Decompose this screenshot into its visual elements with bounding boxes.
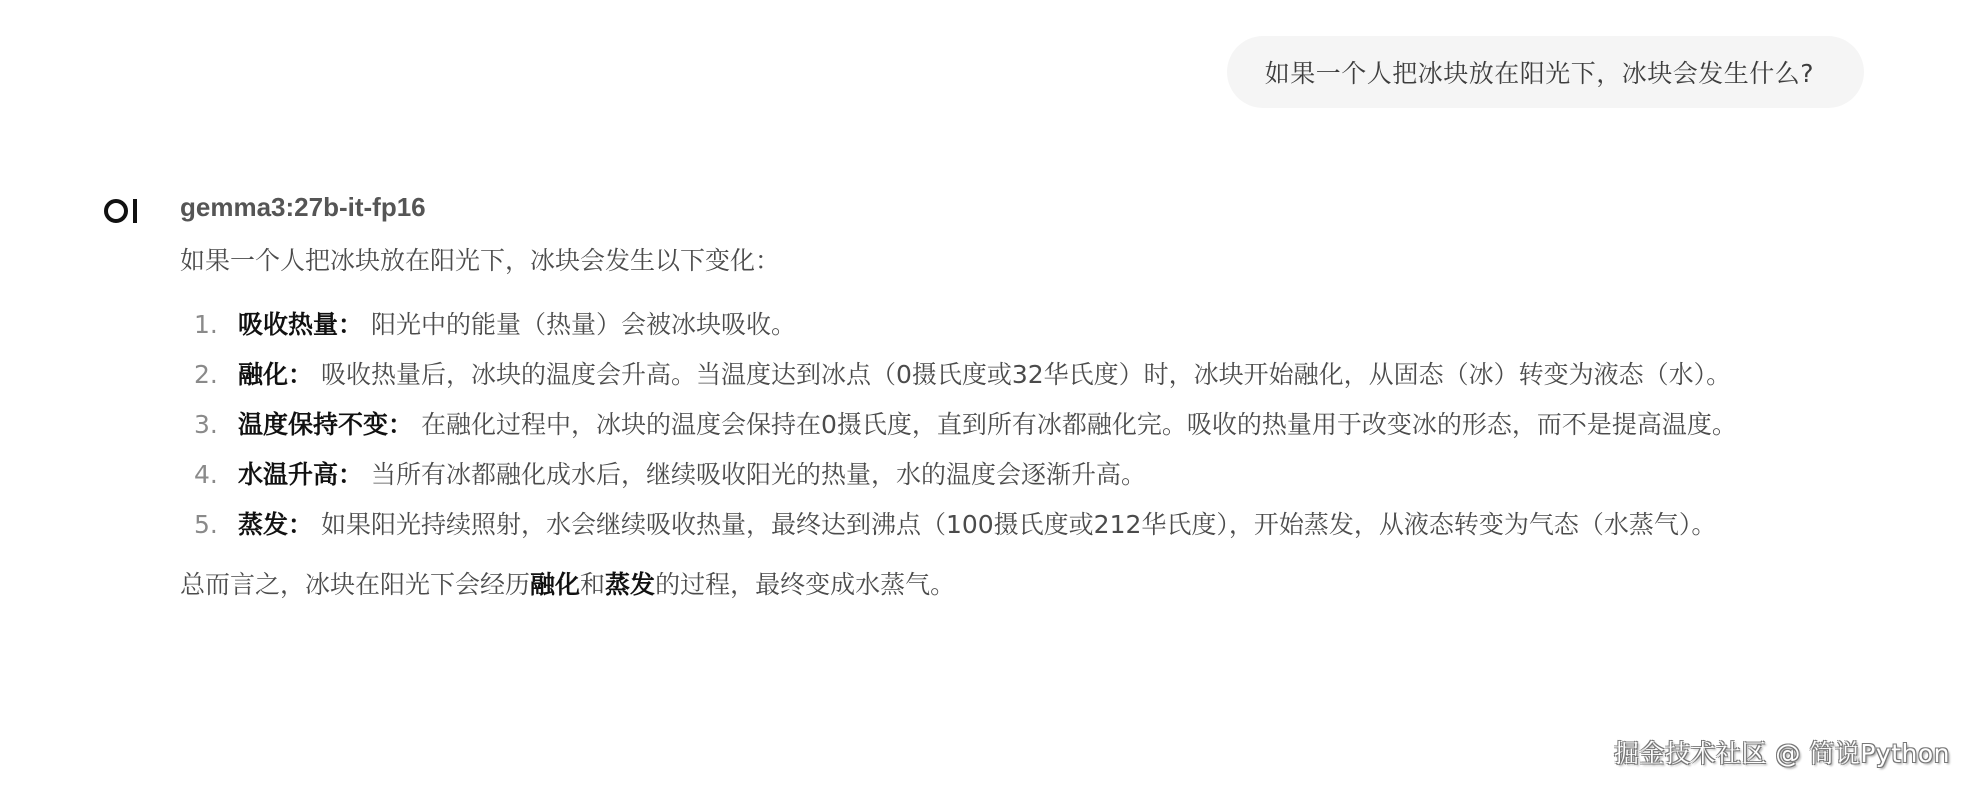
user-message-bubble: 如果一个人把冰块放在阳光下，冰块会发生什么? — [1227, 36, 1864, 108]
summary-text: 总而言之，冰块在阳光下会经历融化和蒸发的过程，最终变成水蒸气。 — [180, 560, 1860, 610]
list-number: 1. — [194, 300, 218, 350]
model-name: gemma3:27b-it-fp16 — [180, 192, 426, 223]
summary-bold-melting: 融化 — [530, 570, 580, 599]
summary-part: 和 — [580, 570, 605, 599]
list-item: 2.融化： 吸收热量后，冰块的温度会升高。当温度达到冰点（0摄氏度或32华氏度）… — [180, 350, 1860, 400]
list-text: 阳光中的能量（热量）会被冰块吸收。 — [363, 310, 796, 339]
list-number: 4. — [194, 450, 218, 500]
summary-part: 总而言之，冰块在阳光下会经历 — [180, 570, 530, 599]
message-content: 如果一个人把冰块放在阳光下，冰块会发生以下变化： 1.吸收热量： 阳光中的能量（… — [180, 236, 1860, 610]
list-text: 在融化过程中，冰块的温度会保持在0摄氏度，直到所有冰都融化完。吸收的热量用于改变… — [413, 410, 1737, 439]
list-term: 吸收热量： — [238, 310, 363, 339]
list-term: 温度保持不变： — [238, 410, 413, 439]
summary-part: 的过程，最终变成水蒸气。 — [655, 570, 955, 599]
list-item: 1.吸收热量： 阳光中的能量（热量）会被冰块吸收。 — [180, 300, 1860, 350]
list-number: 2. — [194, 350, 218, 400]
openwebui-logo-icon — [104, 196, 140, 226]
change-list: 1.吸收热量： 阳光中的能量（热量）会被冰块吸收。 2.融化： 吸收热量后，冰块… — [180, 300, 1860, 550]
watermark: 掘金技术社区 @ 简说Python — [1614, 734, 1950, 770]
user-message-text: 如果一个人把冰块放在阳光下，冰块会发生什么? — [1265, 54, 1814, 90]
list-term: 融化： — [238, 360, 313, 389]
list-number: 5. — [194, 500, 218, 550]
list-item: 4.水温升高： 当所有冰都融化成水后，继续吸收阳光的热量，水的温度会逐渐升高。 — [180, 450, 1860, 500]
list-term: 蒸发： — [238, 510, 313, 539]
intro-text: 如果一个人把冰块放在阳光下，冰块会发生以下变化： — [180, 236, 1860, 286]
list-term: 水温升高： — [238, 460, 363, 489]
list-text: 如果阳光持续照射，水会继续吸收热量，最终达到沸点（100摄氏度或212华氏度），… — [313, 510, 1716, 539]
list-number: 3. — [194, 400, 218, 450]
list-text: 吸收热量后，冰块的温度会升高。当温度达到冰点（0摄氏度或32华氏度）时，冰块开始… — [313, 360, 1731, 389]
list-item: 3.温度保持不变： 在融化过程中，冰块的温度会保持在0摄氏度，直到所有冰都融化完… — [180, 400, 1860, 450]
list-text: 当所有冰都融化成水后，继续吸收阳光的热量，水的温度会逐渐升高。 — [363, 460, 1146, 489]
summary-bold-evaporation: 蒸发 — [605, 570, 655, 599]
list-item: 5.蒸发： 如果阳光持续照射，水会继续吸收热量，最终达到沸点（100摄氏度或21… — [180, 500, 1860, 550]
